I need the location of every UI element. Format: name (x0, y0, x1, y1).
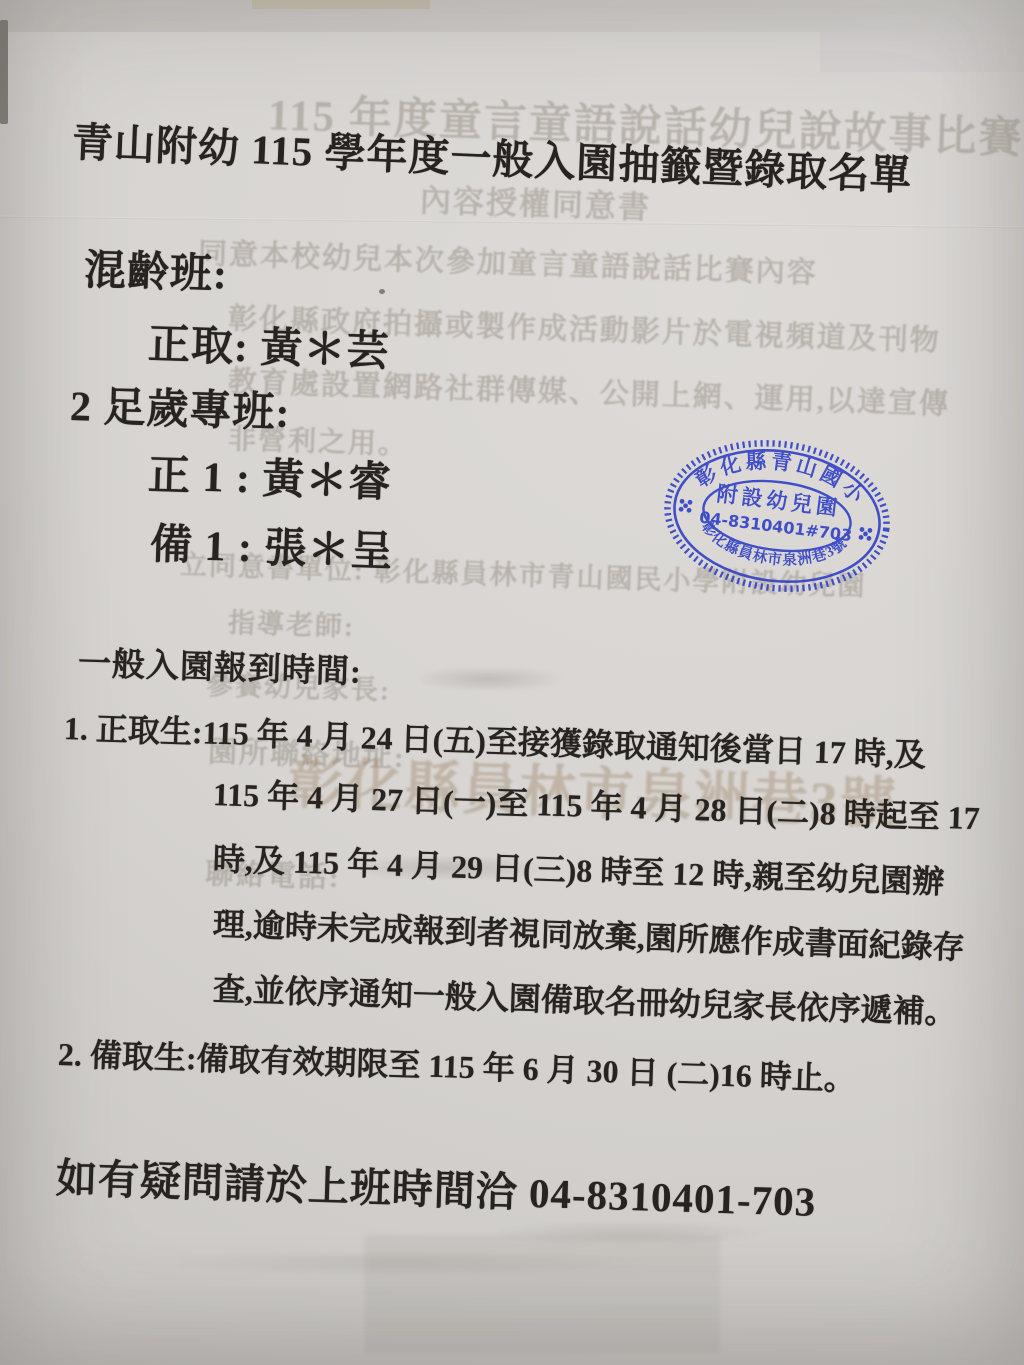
checkin-line-4: 理,逾時未完成報到者視同放棄,園所應作成書面紀錄存 (212, 908, 965, 964)
bleed-bottom-text-bar-1 (500, 1222, 820, 1244)
bleed-parent-handwriting (420, 668, 590, 690)
background-beige-strip (252, 0, 430, 9)
plum-blossom-icon-left (678, 499, 692, 513)
bleed-back-body-3: 教育處設置網路社群傳媒、公開上網、運用,以達宣傳 (228, 368, 951, 420)
paper-edge-shadow (0, 20, 8, 124)
checkin-heading: 一般入園報到時間: (77, 648, 362, 690)
ink-speck (379, 289, 385, 294)
mixed-age-admitted: 正取: 黃＊芸 (147, 324, 390, 374)
contact-footer: 如有疑問請於上班時間洽 04-8310401-703 (55, 1158, 816, 1223)
checkin-line-5: 查,並依序通知一般入園備取名冊幼兒家長依序遞補。 (212, 973, 957, 1028)
bleed-back-teacher-label: 指導老師: (228, 610, 356, 641)
plum-blossom-icon-right (858, 527, 872, 541)
two-year-class-label: 2 足歲專班: (69, 386, 291, 435)
photographed-document: 115 年度童言童語說話幼兒說故事比賽 內容授權同意書 同意本校幼兒本次參加童言… (0, 0, 1024, 1365)
bleed-back-body-1: 同意本校幼兒本次參加童言童語說話比賽內容 (198, 240, 819, 288)
bleed-bottom-text-bar-2 (180, 1252, 740, 1274)
mixed-age-class-label: 混齡班: (83, 250, 228, 297)
two-year-admitted: 正 1 : 黃＊睿 (147, 455, 392, 505)
stamp-graphic: 彰化縣青山國小 彰化縣員林市泉洲巷3號 附設幼兒園 04-8310401#703 (651, 423, 903, 608)
school-stamp: 彰化縣青山國小 彰化縣員林市泉洲巷3號 附設幼兒園 04-8310401#703 (651, 423, 903, 608)
two-year-waitlist: 備 1 : 張＊呈 (149, 524, 394, 574)
checkin-line-6: 2. 備取生:備取有效期限至 115 年 6 月 30 日 (二)16 時止。 (57, 1038, 856, 1095)
bleed-back-title-2: 內容授權同意書 (420, 185, 652, 223)
background-right-step (820, 28, 1024, 72)
